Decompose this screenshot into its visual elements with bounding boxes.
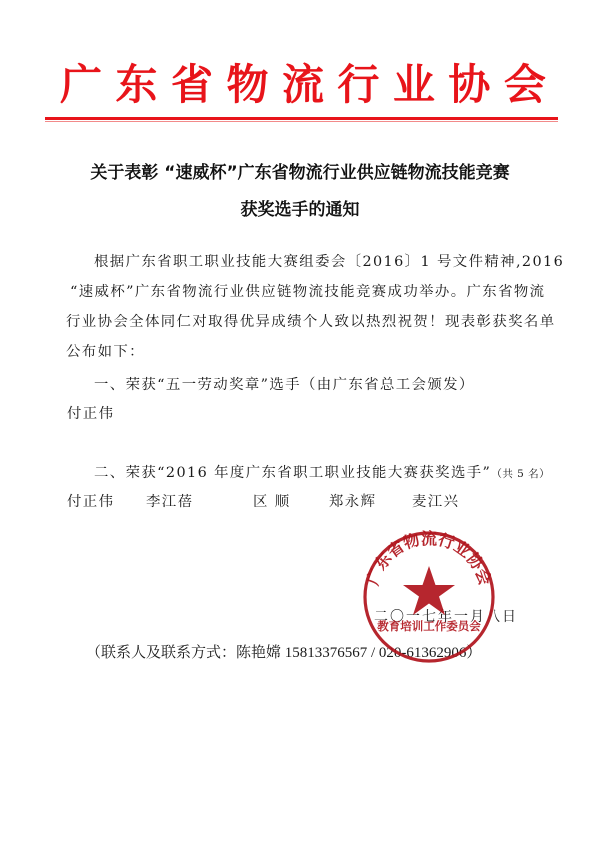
section2-count-note: （共 5 名） [491, 468, 550, 480]
letterhead-char: 广 [60, 60, 102, 110]
contact-info: （联系人及联系方式：陈艳嫦 15813376567 / 020-61362906… [86, 641, 481, 662]
paragraph-line-3: 行业协会全体同仁对取得优异成绩个人致以热烈祝贺！现表彰获奖名单 [66, 310, 556, 331]
letterhead-char: 物 [226, 60, 268, 110]
letterhead-char: 协 [448, 60, 490, 110]
signature-date: 二〇一七年一月八日 [374, 606, 518, 626]
letterhead-rule-thin [45, 121, 558, 122]
svg-text:广东省物流行业协会: 广东省物流行业协会 [363, 530, 495, 588]
section2-name: 李江蓓 [146, 490, 193, 511]
letterhead-char: 东 [115, 60, 157, 110]
document-title-line1: 关于表彰 “速威杯”广东省物流行业供应链物流技能竞赛 [0, 158, 600, 183]
section2-name: 郑永辉 [329, 490, 376, 511]
paragraph-line-4: 公布如下： [66, 340, 145, 361]
letterhead-char: 省 [171, 60, 213, 110]
document-title-line2: 获奖选手的通知 [0, 195, 600, 220]
paragraph-line-1: 根据广东省职工职业技能大赛组委会〔2016〕1 号文件精神,2016 [94, 250, 564, 271]
section2-heading: 二、荣获“2016 年度广东省职工职业技能大赛获奖选手”（共 5 名） [94, 461, 550, 482]
seal-outer-text: 广东省物流行业协会 [363, 530, 495, 588]
paragraph-line-2: “速威杯”广东省物流行业供应链物流技能竞赛成功举办。广东省物流 [70, 280, 545, 301]
letterhead-char: 会 [504, 60, 546, 110]
section2-name: 麦江兴 [412, 490, 459, 511]
letterhead-title: 广 东 省 物 流 行 业 协 会 [45, 60, 558, 110]
letterhead-char: 流 [282, 60, 324, 110]
section2-name: 付正伟 [67, 490, 114, 511]
section1-heading: 一、荣获“五一劳动奖章”选手（由广东省总工会颁发） [94, 373, 475, 394]
letterhead-char: 业 [393, 60, 435, 110]
letterhead-rule-thick [45, 117, 558, 120]
section2-heading-text: 二、荣获“2016 年度广东省职工职业技能大赛获奖选手” [94, 465, 491, 481]
section1-name: 付正伟 [67, 402, 114, 423]
section2-name: 区 顺 [253, 490, 291, 511]
letterhead-char: 行 [337, 60, 379, 110]
